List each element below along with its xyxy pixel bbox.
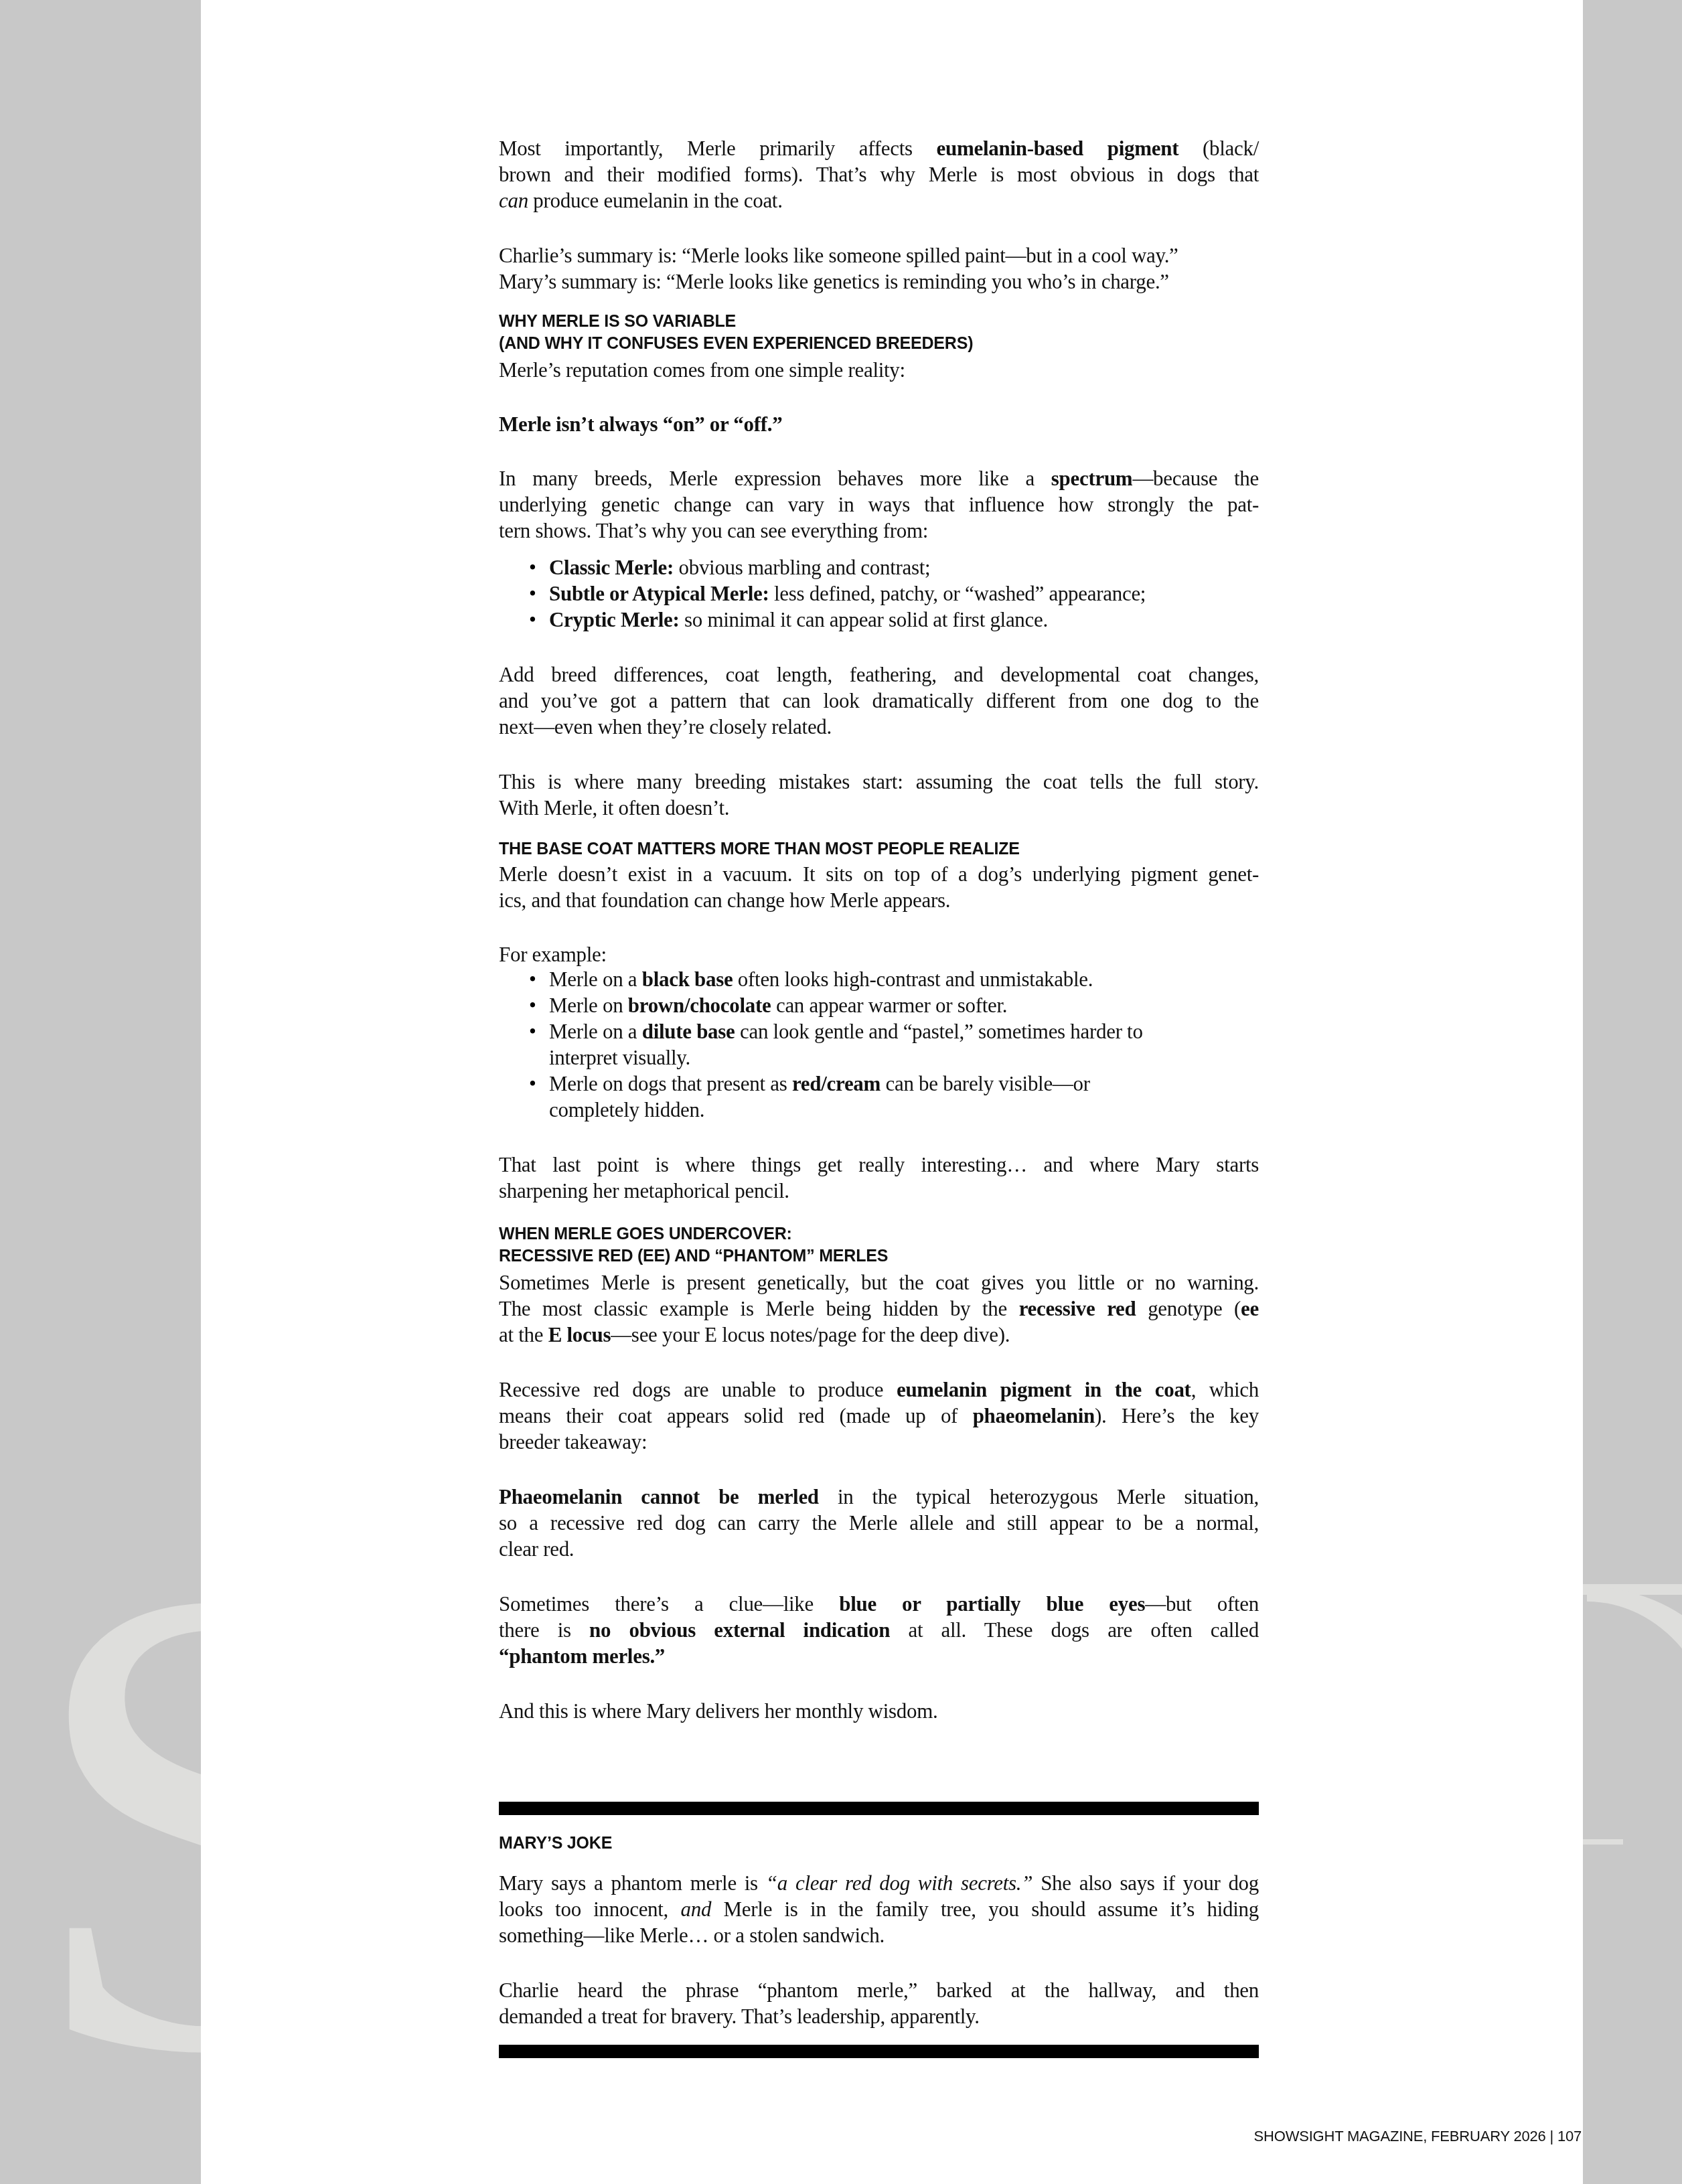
paragraph-for-example: For example: xyxy=(499,941,1259,967)
heading-undercover: WHEN MERLE GOES UNDERCOVER: RECESSIVE RE… xyxy=(499,1223,1259,1267)
paragraph-joke-secrets: Mary says a phantom merle is “a clear re… xyxy=(499,1870,1259,1948)
paragraph-joke-charlie: Charlie heard the phrase “phantom merle,… xyxy=(499,1977,1259,2029)
list-item: Merle on dogs that present as red/cream … xyxy=(549,1071,1259,1123)
paragraph-present-genetically: Sometimes Merle is present genetically, … xyxy=(499,1269,1259,1348)
bullet-icon: • xyxy=(529,966,536,992)
list-item: Subtle or Atypical Merle: less defined, … xyxy=(549,580,1259,607)
paragraph-summaries: Charlie’s summary is: “Merle looks like … xyxy=(499,242,1259,295)
list-item: Merle on brown/chocolate can appear warm… xyxy=(549,992,1259,1018)
bullet-icon: • xyxy=(529,580,536,607)
paragraph-vacuum: Merle doesn’t exist in a vacuum. It sits… xyxy=(499,861,1259,913)
heading-marys-joke: MARY’S JOKE xyxy=(499,1832,1259,1855)
paragraph-monthly-wisdom: And this is where Mary delivers her mont… xyxy=(499,1698,1259,1724)
watermark-glyph-curve xyxy=(1587,1587,1682,1761)
paragraph-breeding-mistakes: This is where many breeding mistakes sta… xyxy=(499,769,1259,821)
heading-why-merle-variable: WHY MERLE IS SO VARIABLE (AND WHY IT CON… xyxy=(499,311,1259,355)
bullet-icon: • xyxy=(529,554,536,580)
list-item: Merle on a dilute base can look gentle a… xyxy=(549,1018,1259,1071)
paragraph-phantom-clue: Sometimes there’s a clue—like blue or pa… xyxy=(499,1591,1259,1669)
paragraph-reputation: Merle’s reputation comes from one simple… xyxy=(499,357,1259,383)
list-item: Classic Merle: obvious marbling and cont… xyxy=(549,554,1259,580)
bullet-icon: • xyxy=(529,1071,536,1097)
paragraph-eumelanin: Most importantly, Merle primarily affect… xyxy=(499,135,1259,214)
paragraph-breed-differences: Add breed differences, coat length, feat… xyxy=(499,661,1259,740)
watermark-glyph-foot xyxy=(1583,1839,1623,1845)
page-footer: SHOWSIGHT MAGAZINE, FEBRUARY 2026 | 107 xyxy=(1254,2128,1582,2145)
list-item: Merle on a black base often looks high-c… xyxy=(549,966,1259,992)
paragraph-spectrum: In many breeds, Merle expression behaves… xyxy=(499,465,1259,544)
divider-bar-top xyxy=(499,1802,1259,1815)
paragraph-last-point: That last point is where things get real… xyxy=(499,1152,1259,1204)
callout-on-off: Merle isn’t always “on” or “off.” xyxy=(499,411,1259,437)
divider-bar-bottom xyxy=(499,2045,1259,2058)
paragraph-phaeomelanin: Phaeomelanin cannot be merled in the typ… xyxy=(499,1484,1259,1562)
heading-base-coat: THE BASE COAT MATTERS MORE THAN MOST PEO… xyxy=(499,838,1259,860)
paragraph-recessive-red: Recessive red dogs are unable to produce… xyxy=(499,1377,1259,1455)
list-item: Cryptic Merle: so minimal it can appear … xyxy=(549,607,1259,633)
bullet-icon: • xyxy=(529,607,536,633)
bullet-icon: • xyxy=(529,992,536,1018)
bullet-icon: • xyxy=(529,1018,536,1044)
